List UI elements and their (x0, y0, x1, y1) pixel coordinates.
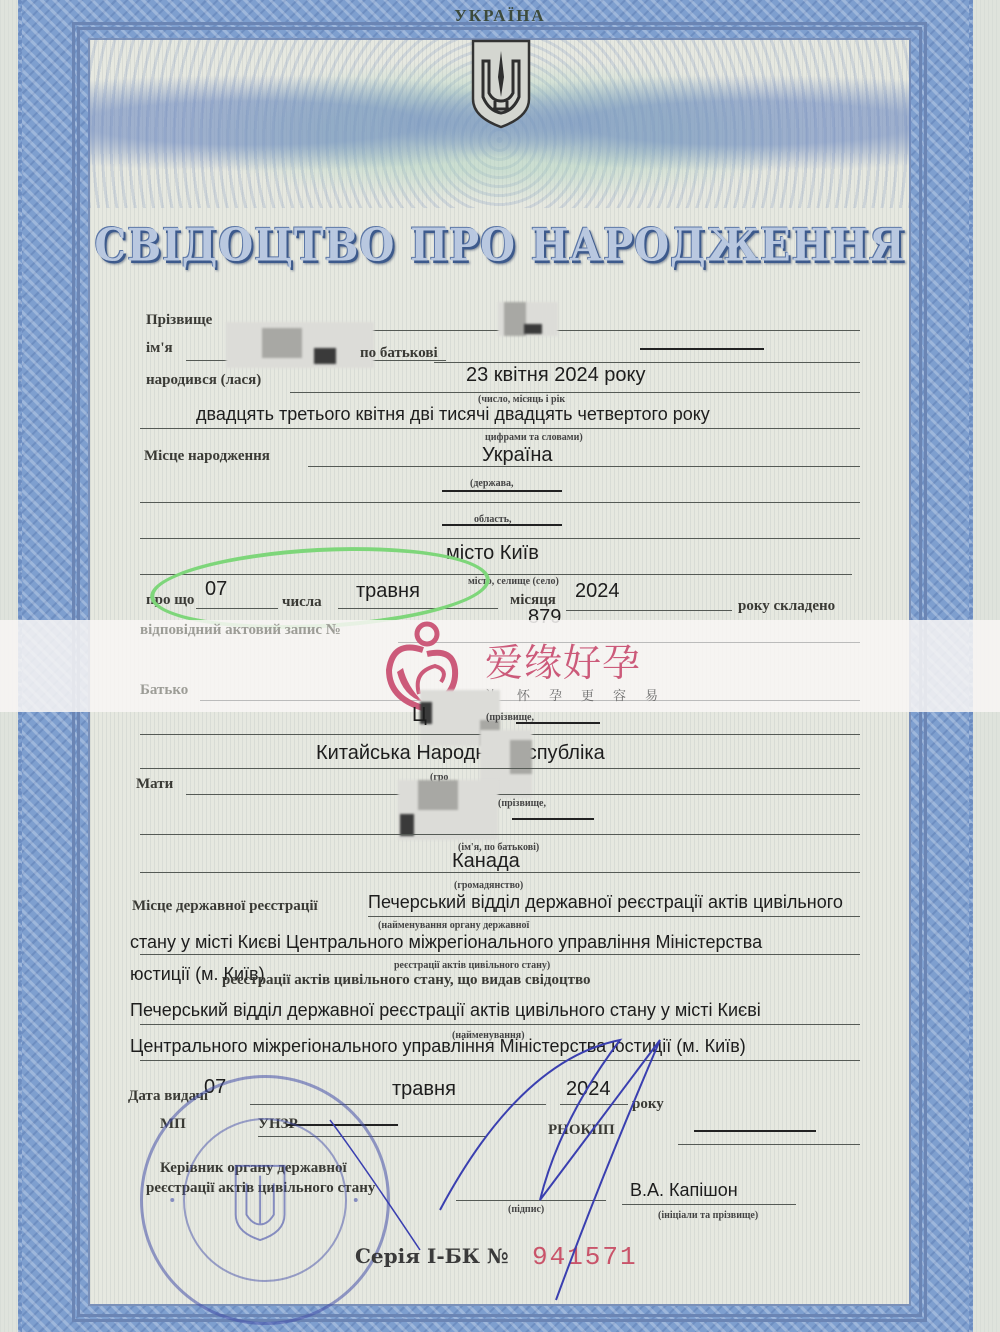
line-record-year (566, 610, 732, 611)
label-mother: Мати (136, 776, 173, 793)
document-title: СВІДОЦТВО ПРО НАРОДЖЕННЯ (0, 219, 1000, 272)
redacted-surname (498, 302, 558, 336)
label-born: народився (лася) (146, 372, 261, 389)
watermark-slogan: 让怀孕更容易 (485, 685, 677, 704)
label-year-suffix: року (632, 1096, 664, 1113)
father-citizenship-value: Китайська Народна Республіка (316, 742, 605, 765)
seal-trident-icon (143, 1078, 387, 1322)
label-record: відповідний актовий запис № (140, 622, 341, 639)
father-surname-dash (516, 722, 600, 724)
label-reg-place: Місце державної реєстрації (132, 898, 318, 915)
line-head-name (622, 1204, 796, 1205)
trident-coat-of-arms-icon (469, 37, 533, 129)
hint-signature: (підпис) (508, 1204, 544, 1215)
record-year-value: 2024 (575, 580, 620, 603)
issue-year-value: 2024 (566, 1078, 611, 1101)
label-rnokpp: РНОКПП (548, 1122, 615, 1139)
hint-reg-body: (найменування органу державної (378, 920, 529, 931)
series-label: Серія І-БК № (355, 1244, 509, 1268)
label-surname: Прізвище (146, 312, 212, 329)
line-reg-place-2 (140, 954, 860, 955)
label-year-compiled: року складено (738, 598, 835, 615)
label-first-name: ім'я (146, 340, 173, 357)
hint-reg-body-2: реєстрації актів цивільного стану) (394, 960, 550, 971)
issuer-line1: Печерський відділ державної реєстрації а… (130, 1000, 761, 1021)
issue-month-value: травня (392, 1078, 456, 1101)
line-mother-2 (140, 834, 860, 835)
line-born (290, 392, 860, 393)
line-mother-3 (140, 872, 860, 873)
line-issuer (140, 1024, 860, 1025)
country-heading: УКРАЇНА (0, 6, 1000, 26)
label-issuing-body: реєстрації актів цивільного стану, що ви… (222, 972, 591, 989)
line-father-3 (140, 768, 860, 769)
redacted-first-name (226, 322, 374, 368)
hint-state: (держава, (470, 478, 514, 489)
line-birth-place (308, 466, 860, 467)
line-signature (456, 1200, 606, 1201)
hint-initials: (ініціали та прізвище) (658, 1210, 758, 1221)
hint-surname-mother: (прізвище, (498, 798, 546, 809)
issuer-line2: Центрального міжрегіонального управління… (130, 1036, 746, 1057)
label-father: Батько (140, 682, 188, 699)
line-birth-place-3 (140, 538, 860, 539)
line-rnokpp (678, 1144, 860, 1145)
line-born-words (140, 428, 860, 429)
birth-country-value: Україна (482, 444, 553, 467)
mother-citizenship-value: Канада (452, 850, 520, 873)
head-name-value: В.А. Капішон (630, 1180, 738, 1201)
official-seal (140, 1075, 390, 1325)
mother-surname-dash (512, 818, 594, 820)
hint-digits-words: цифрами та словами) (485, 432, 583, 443)
hint-citizenship-mother: (громадянство) (454, 880, 523, 891)
state-dash (442, 490, 562, 492)
line-birth-place-2 (140, 502, 860, 503)
patronymic-dash (640, 348, 764, 350)
region-dash (442, 524, 562, 526)
reg-place-line1: Печерський відділ державної реєстрації а… (368, 892, 843, 913)
birth-date-value: 23 квітня 2024 року (466, 364, 645, 387)
line-patronymic (434, 362, 860, 363)
serial-number: 941571 (532, 1242, 638, 1272)
rnokpp-dash (694, 1130, 816, 1132)
redacted-mother-surname (398, 780, 498, 840)
reg-place-line2: стану у місті Києві Центрального міжрегі… (130, 932, 762, 953)
line-reg-place (368, 916, 860, 917)
birth-date-words-value: двадцять третього квітня дві тисячі двад… (196, 404, 710, 425)
line-issuer-2 (140, 1060, 860, 1061)
father-surname-value: Ц (412, 704, 427, 727)
line-issue-year (560, 1104, 628, 1105)
watermark-brand: 爱缘好孕 (485, 632, 641, 687)
line-mother (186, 794, 860, 795)
label-patronymic: по батькові (360, 345, 438, 362)
label-birth-place: Місце народження (144, 448, 270, 465)
